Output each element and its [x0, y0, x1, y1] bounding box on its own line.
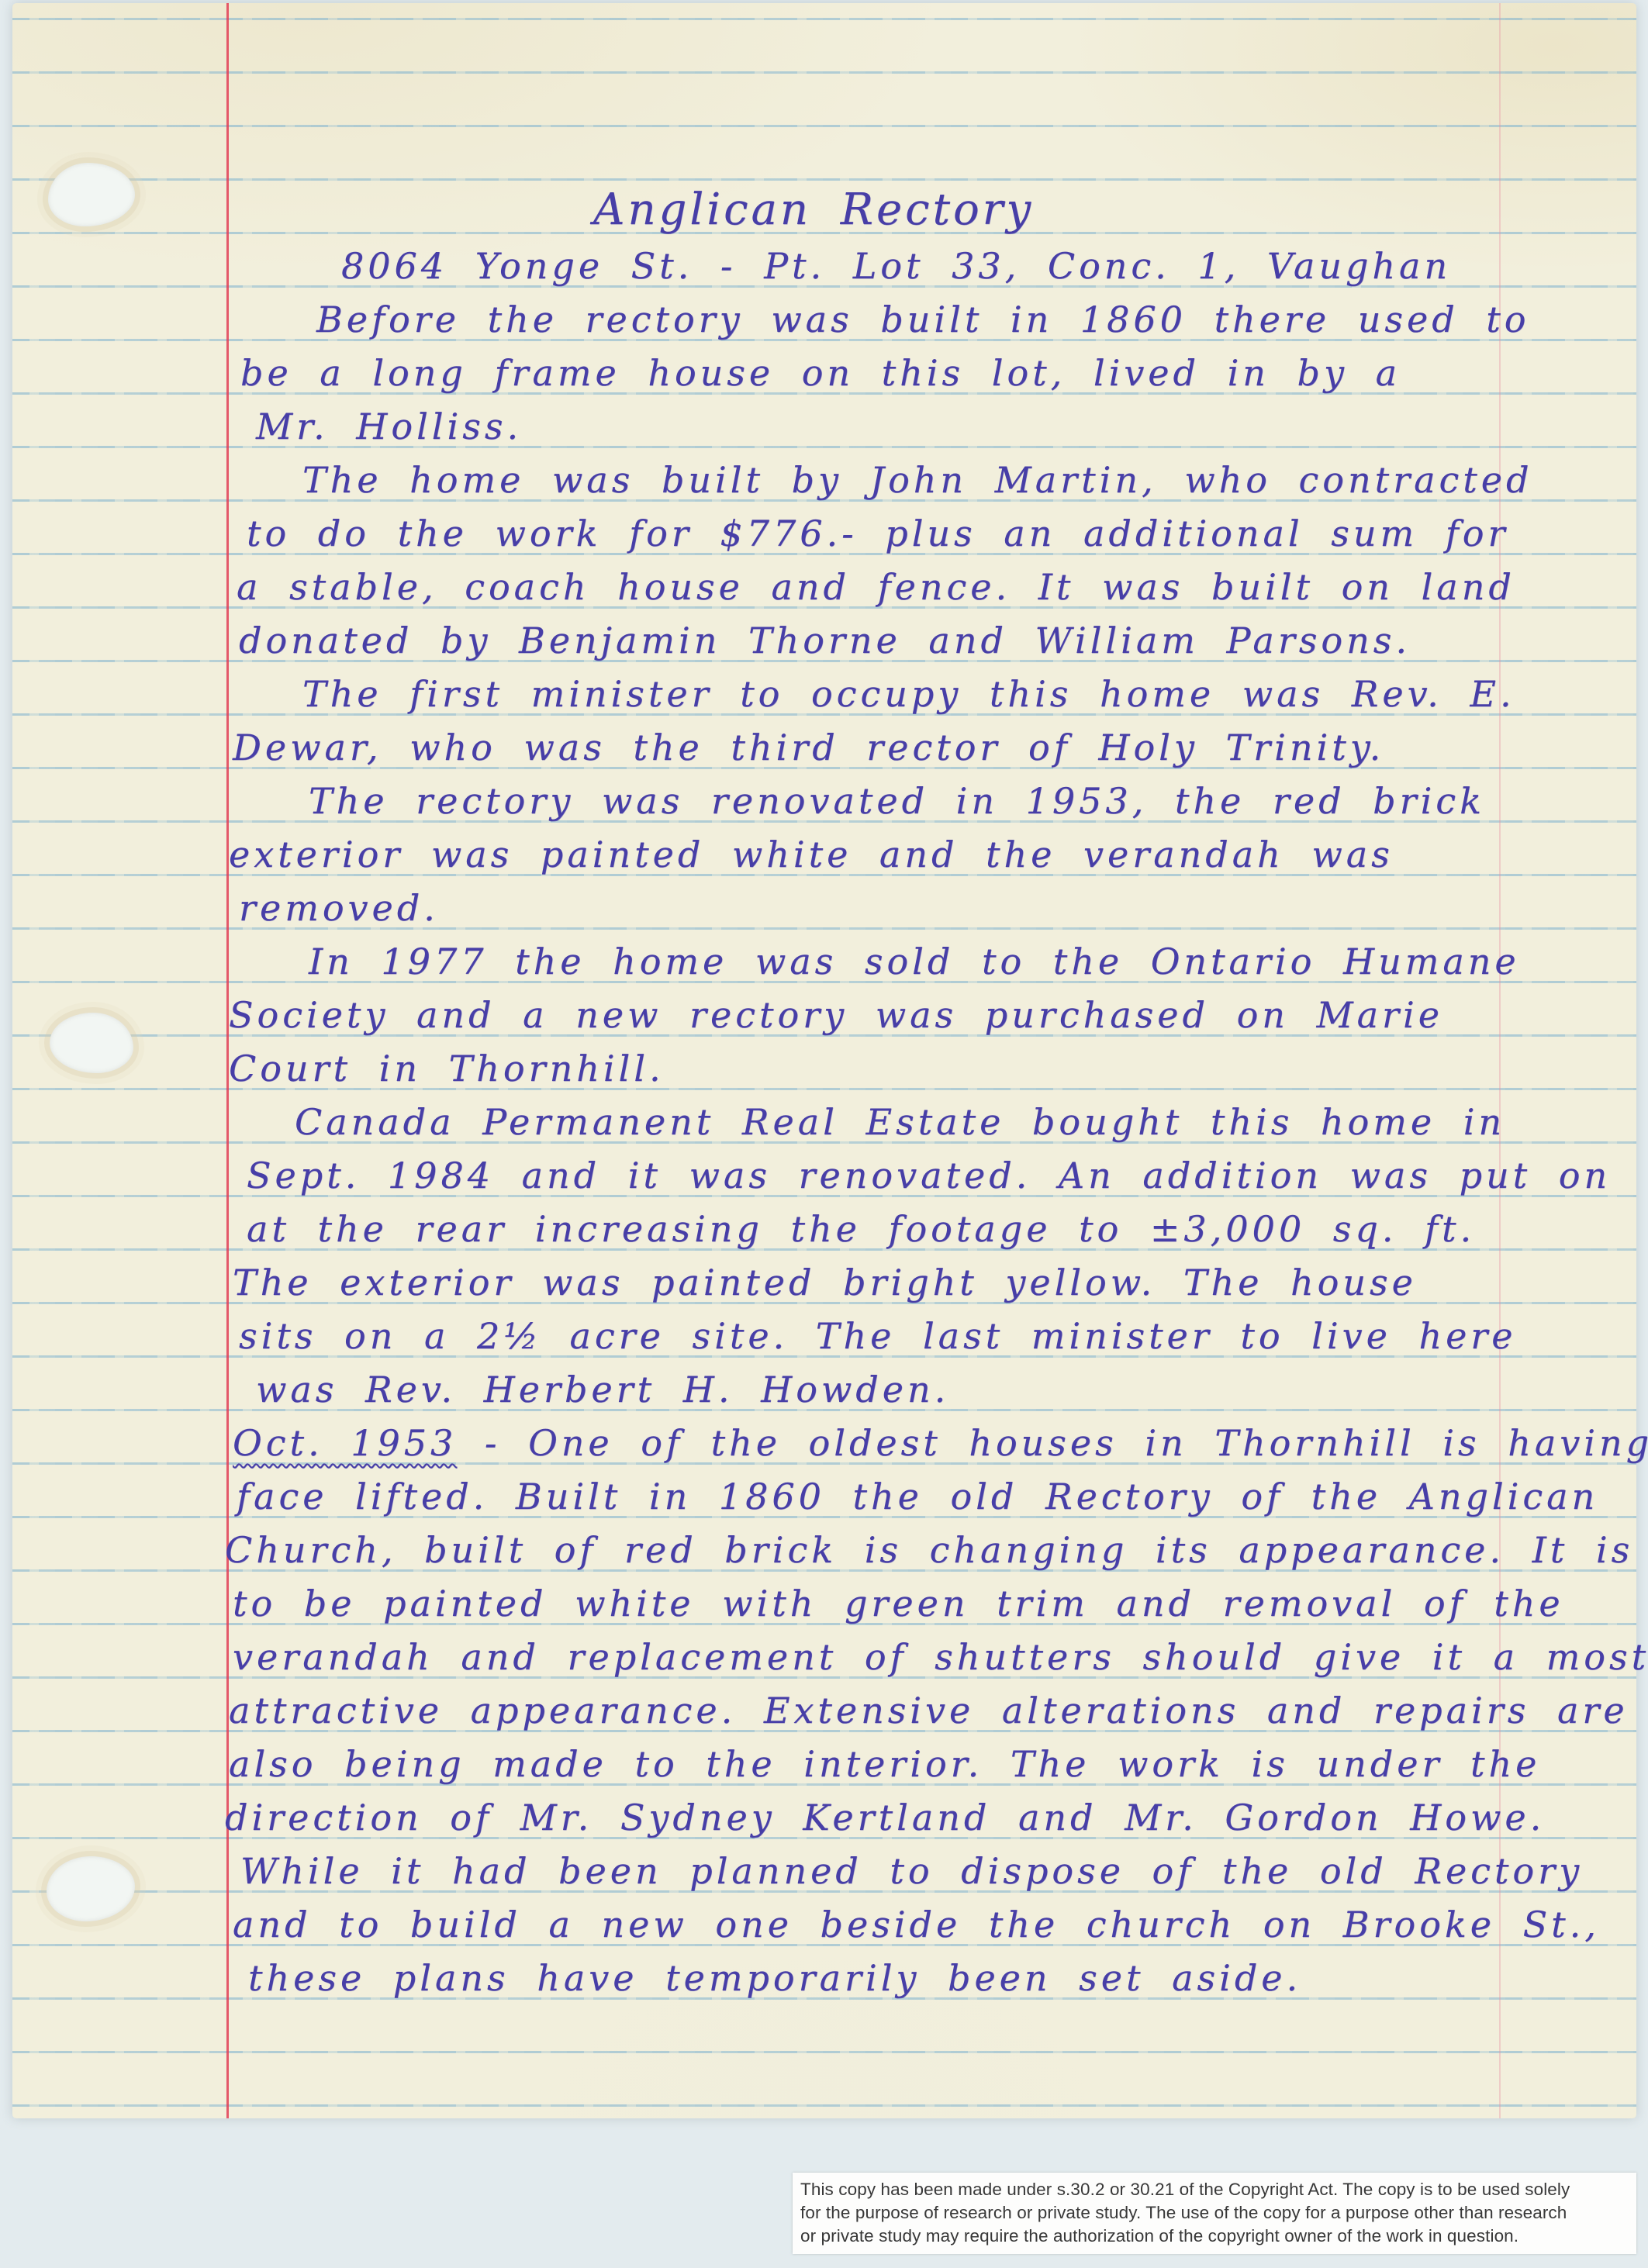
- handwritten-line: to be painted white with green trim and …: [233, 1586, 1564, 1621]
- handwritten-line: The first minister to occupy this home w…: [302, 676, 1515, 712]
- punch-hole: [47, 1856, 135, 1921]
- underlined-date: Oct. 1953: [233, 1422, 457, 1464]
- punch-hole: [50, 1013, 133, 1073]
- handwritten-line: Oct. 1953 - One of the oldest houses in …: [233, 1425, 1648, 1461]
- copyright-stamp-box: This copy has been made under s.30.2 or …: [793, 2173, 1636, 2254]
- ruled-line: [12, 178, 1636, 181]
- handwritten-line: these plans have temporarily been set as…: [248, 1960, 1301, 1996]
- handwritten-line: be a long frame house on this lot, lived…: [240, 355, 1401, 391]
- handwritten-line: Mr. Holliss.: [256, 409, 522, 444]
- handwritten-line: verandah and replacement of shutters sho…: [233, 1639, 1648, 1675]
- handwritten-line: 8064 Yonge St. - Pt. Lot 33, Conc. 1, Va…: [341, 248, 1451, 284]
- stamp-text-line: for the purpose of research or private s…: [800, 2201, 1636, 2225]
- handwritten-line: removed.: [239, 890, 439, 926]
- punch-hole: [48, 163, 135, 226]
- handwritten-line: attractive appearance. Extensive alterat…: [229, 1693, 1629, 1728]
- page-title: Anglican Rectory: [593, 188, 1034, 232]
- lined-paper-sheet: Anglican Rectory8064 Yonge St. - Pt. Lot…: [12, 3, 1636, 2118]
- handwritten-line: While it had been planned to dispose of …: [240, 1853, 1583, 1889]
- handwritten-line: Canada Permanent Real Estate bought this…: [295, 1104, 1505, 1140]
- handwritten-line: face lifted. Built in 1860 the old Recto…: [237, 1479, 1598, 1514]
- handwritten-line: The rectory was renovated in 1953, the r…: [309, 783, 1485, 819]
- handwritten-line: direction of Mr. Sydney Kertland and Mr.…: [225, 1800, 1545, 1835]
- ruled-line: [12, 2104, 1636, 2107]
- handwritten-line: Church, built of red brick is changing i…: [225, 1532, 1633, 1568]
- ruled-line: [12, 125, 1636, 127]
- ruled-line: [12, 18, 1636, 20]
- handwritten-line: In 1977 the home was sold to the Ontario…: [309, 944, 1520, 979]
- handwritten-line: exterior was painted white and the veran…: [229, 837, 1394, 872]
- handwritten-line: to do the work for $776.- plus an additi…: [247, 516, 1508, 551]
- handwritten-line: Court in Thornhill.: [229, 1051, 665, 1086]
- handwritten-line: a stable, coach house and fence. It was …: [237, 569, 1515, 605]
- scanned-document-page: { "page": { "kind": "handwritten lined-p…: [0, 0, 1648, 2268]
- stamp-text-line: or private study may require the authori…: [800, 2225, 1636, 2248]
- handwritten-line: Society and a new rectory was purchased …: [229, 997, 1443, 1033]
- handwritten-line: was Rev. Herbert H. Howden.: [256, 1372, 949, 1407]
- ruled-line: [12, 71, 1636, 74]
- handwritten-line: and to build a new one beside the church…: [233, 1907, 1600, 1942]
- handwritten-line: sits on a 2½ acre site. The last ministe…: [239, 1318, 1517, 1354]
- handwritten-line: also being made to the interior. The wor…: [229, 1746, 1540, 1782]
- ruled-line: [12, 2051, 1636, 2053]
- handwritten-line: at the rear increasing the footage to ±3…: [247, 1211, 1475, 1247]
- handwritten-line: donated by Benjamin Thorne and William P…: [239, 623, 1411, 658]
- stamp-text-line: This copy has been made under s.30.2 or …: [800, 2178, 1636, 2201]
- handwritten-line: Dewar, who was the third rector of Holy …: [233, 730, 1384, 765]
- handwritten-line: The exterior was painted bright yellow. …: [233, 1265, 1417, 1300]
- handwritten-line: The home was built by John Martin, who c…: [302, 462, 1532, 498]
- handwritten-line: Sept. 1984 and it was renovated. An addi…: [247, 1158, 1611, 1193]
- handwritten-line: Before the rectory was built in 1860 the…: [316, 302, 1529, 337]
